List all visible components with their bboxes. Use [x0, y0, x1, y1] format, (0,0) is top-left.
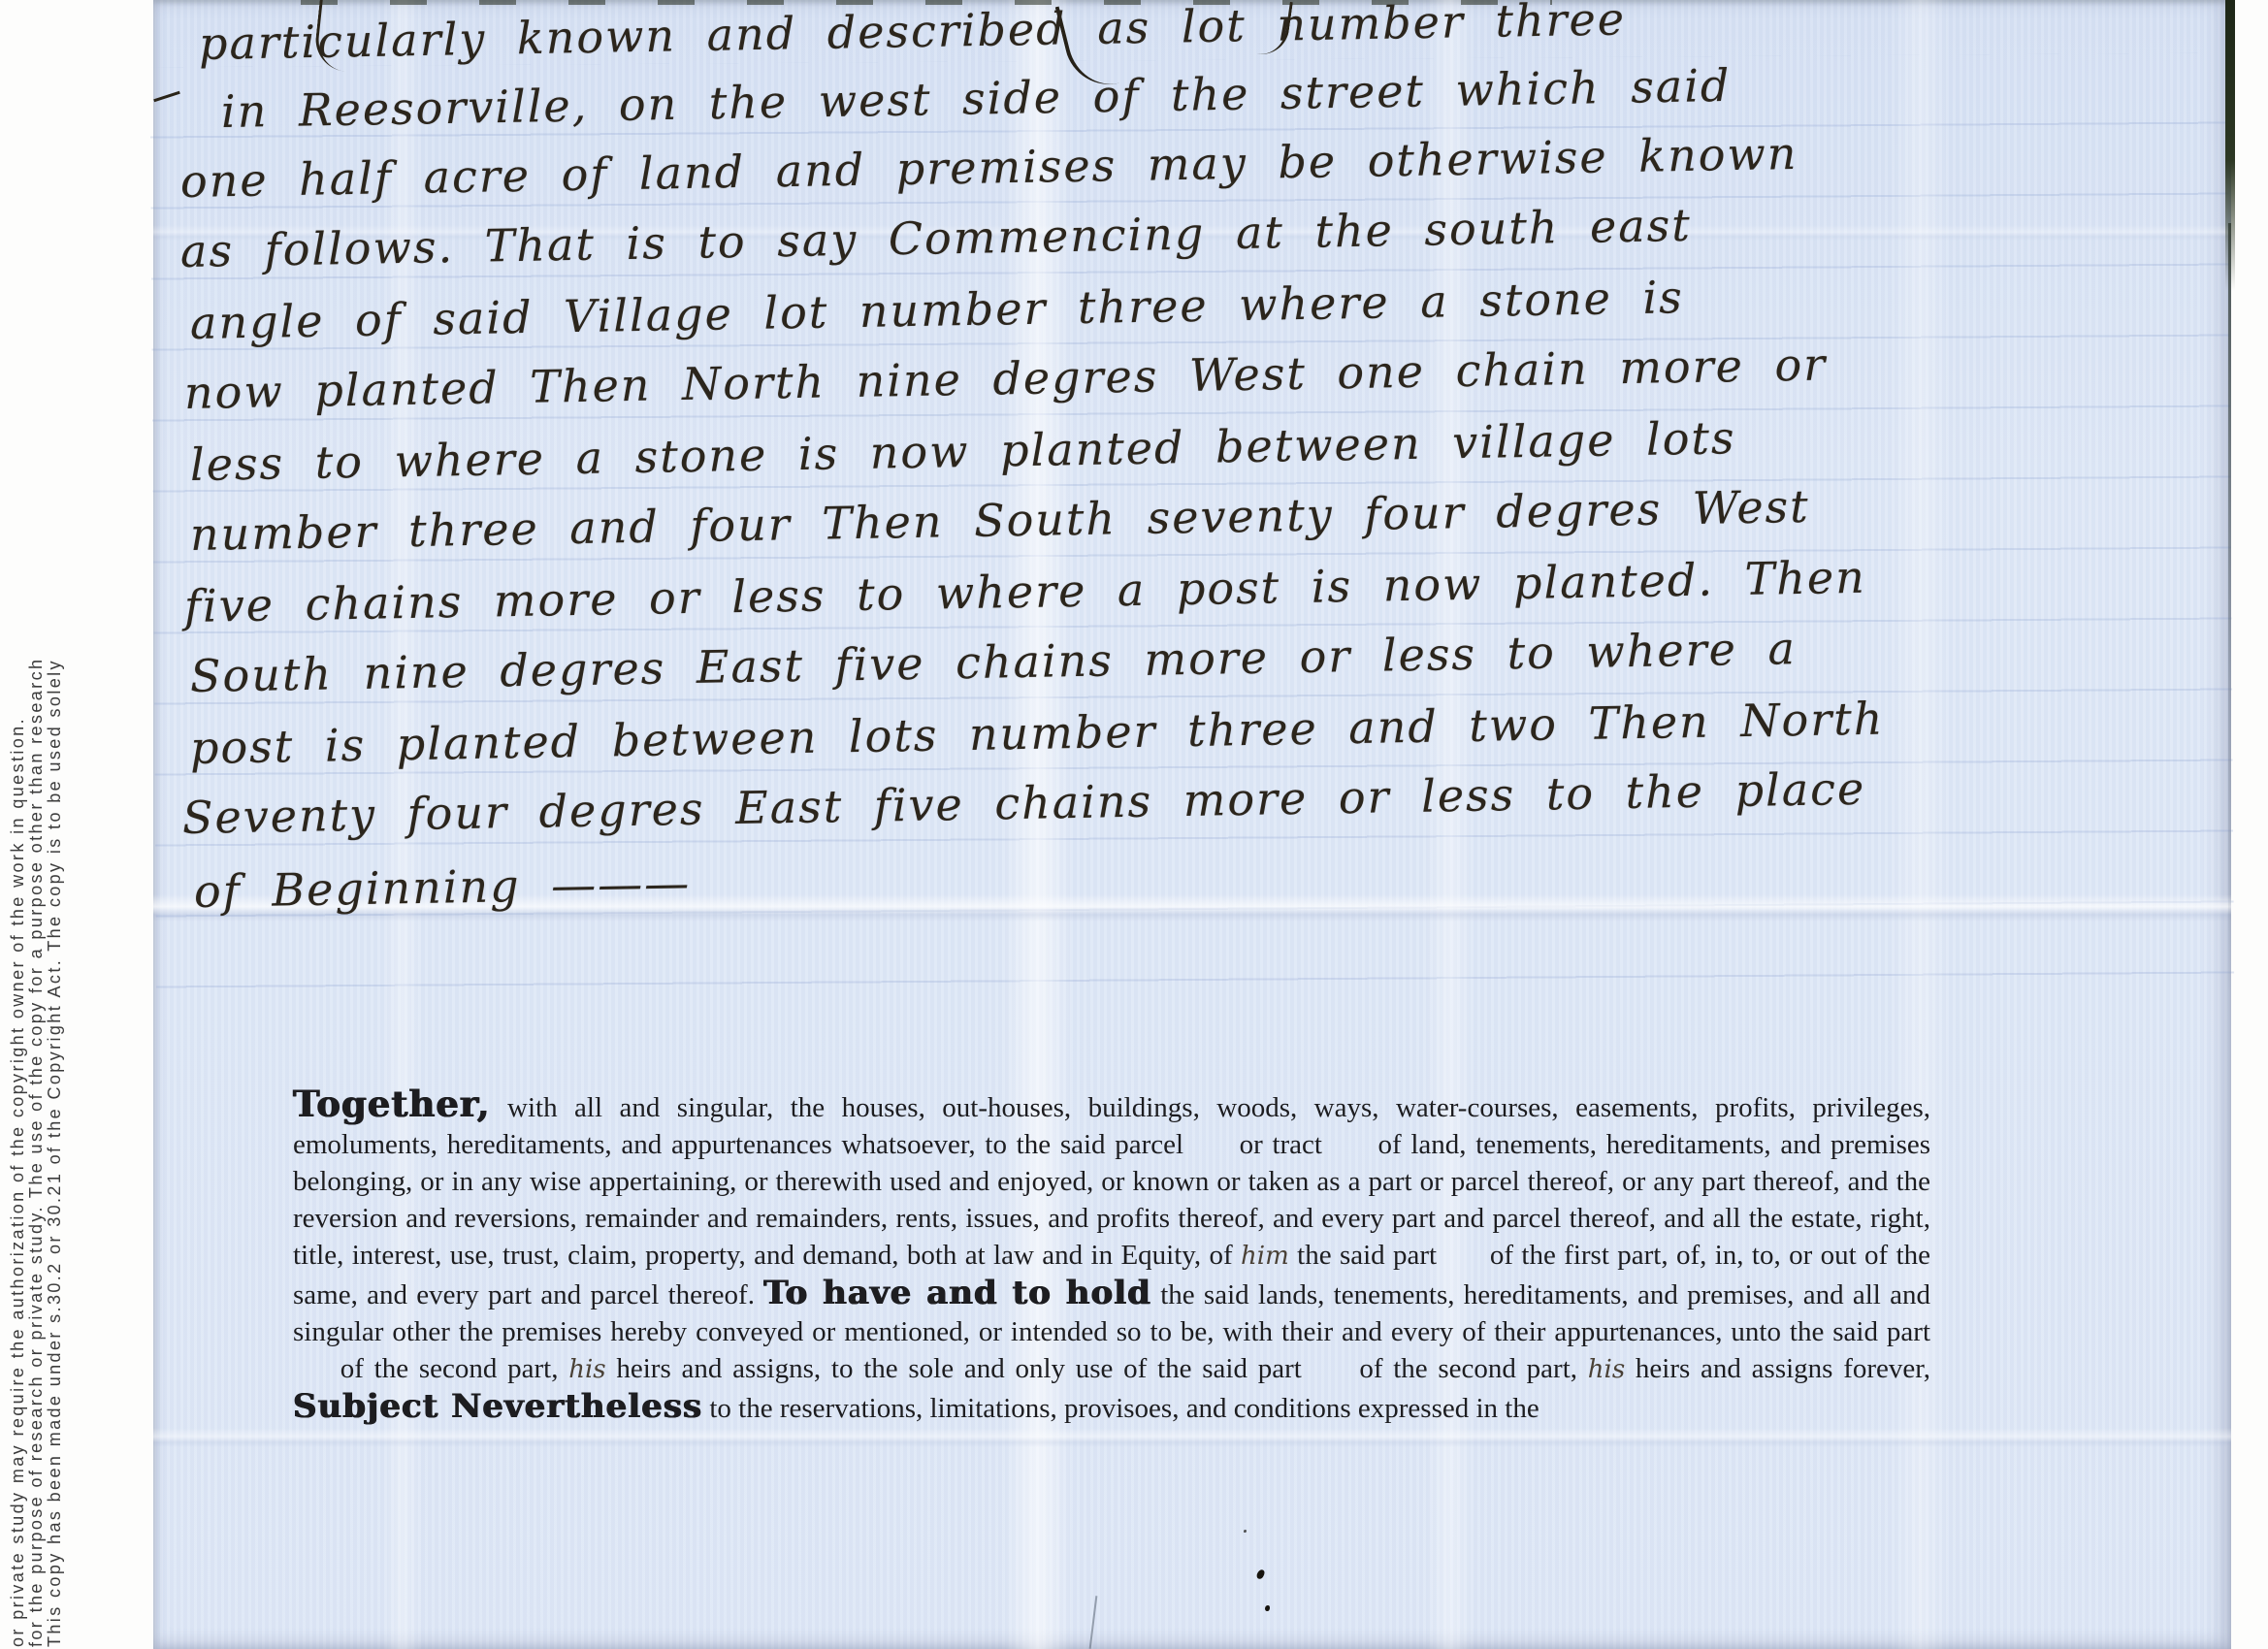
handwritten-insert-his: his	[568, 1355, 605, 1384]
handwritten-insert-him: him	[1241, 1242, 1289, 1271]
crease-horizontal	[153, 1428, 2231, 1447]
printed-text-segment: or tract	[1240, 1129, 1322, 1160]
scanned-deed-page: { "hand": { "lines": [ "particularly kno…	[0, 0, 2268, 1649]
blackletter-subject-nevertheless: Subject Nevertheless	[293, 1387, 702, 1426]
handwritten-line: of Beginning ———	[194, 857, 692, 918]
blackletter-together: Together,	[293, 1083, 491, 1125]
page-edge-line	[2228, 223, 2231, 999]
copyright-stamp-line: or private study may require the authori…	[8, 717, 28, 1647]
blackletter-to-have-and-to-hold: To have and to hold	[763, 1274, 1151, 1312]
printed-text-segment: heirs and assigns, to the sole and only …	[616, 1353, 1301, 1384]
copyright-stamp-line: This copy has been made under s.30.2 or …	[45, 659, 65, 1647]
printed-deed-paragraph: Together, with all and singular, the hou…	[293, 1085, 1930, 1427]
printed-text-segment: the said part	[1297, 1240, 1437, 1271]
handwritten-insert-his: his	[1588, 1355, 1625, 1384]
copyright-stamp-line: for the purpose of research or private s…	[26, 658, 47, 1647]
printed-text-segment: to the reservations, limitations, provis…	[709, 1393, 1539, 1424]
printed-text-segment: heirs and assigns forever,	[1636, 1353, 1930, 1384]
printed-text-segment: of the second part,	[340, 1353, 559, 1384]
printed-text-segment: of the second part,	[1359, 1353, 1577, 1384]
